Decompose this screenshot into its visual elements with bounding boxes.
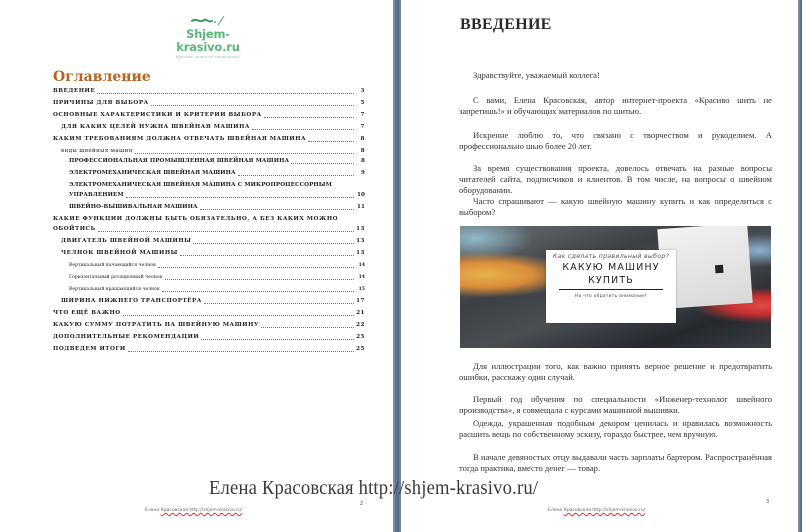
toc-entry-title: виды швейных машин: [61, 148, 134, 155]
toc-leader-dots: [135, 153, 354, 154]
toc-entry[interactable]: ДЛЯ КАКИХ ЦЕЛЕЙ НУЖНА ШВЕЙНАЯ МАШИНА7: [53, 124, 365, 131]
toc-entry[interactable]: ЭЛЕКТРОМЕХАНИЧЕСКАЯ ШВЕЙНАЯ МАШИНА С МИК…: [53, 182, 365, 199]
toc-leader-dots: [151, 105, 354, 106]
toc-entry-title: ШИРИНА НИЖНЕГО ТРАНСПОРТЁРА: [61, 298, 203, 305]
promo-image: Как сделать правильный выбор? КАКУЮ МАШИ…: [460, 226, 771, 348]
toc-leader-dots: [200, 209, 354, 210]
paragraph: За время существования проекта, довелось…: [459, 163, 772, 196]
footer-link[interactable]: Красовская http://shjem-krasivo.ru/: [161, 508, 243, 513]
toc-entry-page: 13: [355, 250, 365, 257]
document-page-left: Shjem-krasivo.ru Красиво шить не запрети…: [0, 0, 393, 532]
toc-entry-page: 13: [355, 238, 365, 245]
toc-entry-page: 10: [355, 192, 365, 199]
toc-entry-page: 3: [355, 88, 365, 95]
window-edge: [798, 0, 802, 532]
toc-leader-dots: [158, 267, 354, 268]
promo-card: Как сделать правильный выбор? КАКУЮ МАШИ…: [546, 250, 676, 323]
toc-entry[interactable]: ШИРИНА НИЖНЕГО ТРАНСПОРТЁРА17: [53, 298, 365, 305]
toc-leader-dots: [291, 163, 354, 164]
toc-entry[interactable]: КАКИЕ ФУНКЦИИ ДОЛЖНЫ БЫТЬ ОБЯЗАТЕЛЬНО, А…: [53, 216, 365, 233]
toc-entry-page: 17: [355, 298, 365, 305]
toc-entry[interactable]: ПРОФЕССИОНАЛЬНАЯ ПРОМЫШЛЕННАЯ ШВЕЙНАЯ МА…: [53, 158, 365, 165]
promo-title-line1: КАКУЮ МАШИНУ: [546, 262, 676, 274]
toc-entry[interactable]: Вертикальный вращающийся челнок15: [53, 286, 365, 293]
toc-entry-title: Горизонтальный ротационный челнок: [69, 274, 164, 281]
footer-prefix: Елена: [548, 508, 564, 513]
toc-leader-dots: [128, 351, 354, 352]
toc-leader-dots: [201, 339, 354, 340]
watermark-text: Елена Красовская http://shjem-krasivo.ru…: [209, 477, 538, 500]
toc-entry-title: ПОДВЕДЕМ ИТОГИ: [53, 346, 127, 353]
promo-title-line2: КУПИТЬ: [546, 275, 676, 287]
page-footer: Елена Красовская http://shjem-krasivo.ru…: [548, 508, 645, 513]
toc-leader-dots: [98, 231, 354, 232]
paragraph: Здравствуйте, уважаемый коллега!: [459, 70, 772, 81]
table-of-contents: ВВЕДЕНИЕ3ПРИЧИНЫ ДЛЯ ВЫБОРА5ОСНОВНЫЕ ХАР…: [53, 88, 365, 358]
toc-entry-page: 7: [355, 124, 365, 131]
document-page-right: ВВЕДЕНИЕ Здравствуйте, уважаемый коллега…: [401, 0, 798, 532]
toc-leader-dots: [126, 197, 354, 198]
paragraph: Одежда, украшенная подобным декором цени…: [459, 418, 772, 440]
toc-entry-title: ЧТО ЕЩЁ ВАЖНО: [53, 310, 122, 317]
toc-entry[interactable]: КАКУЮ СУММУ ПОТРАТИТЬ НА ШВЕЙНУЮ МАШИНУ2…: [53, 322, 365, 329]
toc-leader-dots: [261, 327, 354, 328]
toc-entry-title-cont: ОБОЙТИСЬ: [53, 226, 97, 233]
toc-entry-page: 5: [355, 100, 365, 107]
paragraph: Искренне люблю то, что связано с творчес…: [459, 130, 772, 152]
toc-entry[interactable]: виды швейных машин8: [53, 148, 365, 155]
toc-leader-dots: [162, 291, 354, 292]
toc-entry[interactable]: ДВИГАТЕЛЬ ШВЕЙНОЙ МАШИНЫ13: [53, 238, 365, 245]
toc-entry-title-cont: УПРАВЛЕНИЕМ: [69, 192, 125, 199]
toc-entry[interactable]: КАКИМ ТРЕБОВАНИЯМ ДОЛЖНА ОТВЕЧАТЬ ШВЕЙНА…: [53, 136, 365, 143]
toc-leader-dots: [97, 93, 354, 94]
toc-title: Оглавление: [53, 69, 151, 85]
promo-subtitle: На что обратить внимание?: [546, 294, 676, 299]
paragraph: С вами, Елена Красовская, автор интернет…: [459, 95, 772, 117]
toc-entry-page: 13: [355, 226, 365, 233]
toc-entry-page: 7: [355, 112, 365, 119]
toc-entry-page: 25: [355, 334, 365, 341]
toc-entry-page: 21: [355, 310, 365, 317]
paragraph: В начале девяностых отцу выдавали часть …: [459, 452, 772, 474]
toc-entry[interactable]: ВВЕДЕНИЕ3: [53, 88, 365, 95]
toc-entry-title: ПРИЧИНЫ ДЛЯ ВЫБОРА: [53, 100, 150, 107]
toc-entry[interactable]: ЧТО ЕЩЁ ВАЖНО21: [53, 310, 365, 317]
toc-leader-dots: [193, 243, 354, 244]
toc-entry-title: Вертикальный качающийся челнок: [69, 262, 157, 269]
toc-leader-dots: [123, 315, 354, 316]
toc-entry-title: КАКУЮ СУММУ ПОТРАТИТЬ НА ШВЕЙНУЮ МАШИНУ: [53, 322, 260, 329]
toc-entry[interactable]: ЭЛЕКТРОМЕХАНИЧЕСКАЯ ШВЕЙНАЯ МАШИНА9: [53, 170, 365, 177]
toc-entry-title: ПРОФЕССИОНАЛЬНАЯ ПРОМЫШЛЕННАЯ ШВЕЙНАЯ МА…: [69, 158, 290, 165]
toc-leader-dots: [180, 255, 354, 256]
toc-leader-dots: [238, 175, 354, 176]
toc-entry[interactable]: ПРИЧИНЫ ДЛЯ ВЫБОРА5: [53, 100, 365, 107]
toc-leader-dots: [165, 279, 354, 280]
toc-entry[interactable]: Вертикальный качающийся челнок14: [53, 262, 365, 269]
page-gap-divider: [393, 0, 401, 532]
paragraph-text: С вами, Елена Красовская, автор интернет…: [459, 95, 772, 116]
footer-prefix: Елена: [145, 508, 161, 513]
toc-leader-dots: [264, 117, 354, 118]
toc-entry-title: КАКИМ ТРЕБОВАНИЯМ ДОЛЖНА ОТВЕЧАТЬ ШВЕЙНА…: [53, 136, 307, 143]
toc-entry[interactable]: ОСНОВНЫЕ ХАРАКТЕРИСТИКИ И КРИТЕРИИ ВЫБОР…: [53, 112, 365, 119]
toc-entry-page: 25: [355, 346, 365, 353]
toc-entry-page: 22: [355, 322, 365, 329]
page-number: 2: [360, 501, 363, 507]
toc-entry[interactable]: ЧЕЛНОК ШВЕЙНОЙ МАШИНЫ13: [53, 250, 365, 257]
toc-entry-page: 9: [355, 170, 365, 177]
toc-entry[interactable]: Горизонтальный ротационный челнок14: [53, 274, 365, 281]
toc-entry-title: ДЛЯ КАКИХ ЦЕЛЕЙ НУЖНА ШВЕЙНАЯ МАШИНА: [61, 124, 251, 131]
toc-entry-title: ЭЛЕКТРОМЕХАНИЧЕСКАЯ ШВЕЙНАЯ МАШИНА С МИК…: [69, 182, 365, 189]
toc-entry-page: 14: [355, 274, 365, 281]
promo-question: Как сделать правильный выбор?: [546, 253, 676, 261]
toc-entry-title: ШВЕЙНО-ВЫШИВАЛЬНАЯ МАШИНА: [69, 204, 199, 211]
logo-name: Shjem-krasivo.ru: [160, 28, 256, 54]
logo-tagline: Красиво шить не запретишь!: [160, 54, 256, 60]
site-logo: Shjem-krasivo.ru Красиво шить не запрети…: [160, 14, 256, 60]
toc-leader-dots: [252, 129, 354, 130]
paragraph: Часто спрашивают — какую швейную машину …: [459, 196, 772, 218]
toc-entry-page: 8: [355, 136, 365, 143]
needle-thread-icon: [160, 14, 256, 28]
toc-entry-title: ДВИГАТЕЛЬ ШВЕЙНОЙ МАШИНЫ: [61, 238, 192, 245]
toc-entry[interactable]: ПОДВЕДЕМ ИТОГИ25: [53, 346, 365, 353]
toc-entry-title: ЭЛЕКТРОМЕХАНИЧЕСКАЯ ШВЕЙНАЯ МАШИНА: [69, 170, 237, 177]
toc-entry-title: ДОПОЛНИТЕЛЬНЫЕ РЕКОМЕНДАЦИИ: [53, 334, 200, 341]
page-number: 3: [766, 499, 769, 505]
toc-entry-page: 15: [355, 286, 365, 293]
paragraph: Для иллюстрации того, как важно принять …: [459, 361, 772, 383]
toc-entry-title: ОСНОВНЫЕ ХАРАКТЕРИСТИКИ И КРИТЕРИИ ВЫБОР…: [53, 112, 263, 119]
toc-entry[interactable]: ДОПОЛНИТЕЛЬНЫЕ РЕКОМЕНДАЦИИ25: [53, 334, 365, 341]
section-heading: ВВЕДЕНИЕ: [460, 16, 552, 34]
toc-entry[interactable]: ШВЕЙНО-ВЫШИВАЛЬНАЯ МАШИНА11: [53, 204, 365, 211]
page-footer: Елена Красовская http://shjem-krasivo.ru…: [145, 508, 242, 513]
toc-entry-page: 14: [355, 262, 365, 269]
toc-entry-page: 8: [355, 158, 365, 165]
toc-entry-title: КАКИЕ ФУНКЦИИ ДОЛЖНЫ БЫТЬ ОБЯЗАТЕЛЬНО, А…: [53, 216, 365, 223]
footer-link[interactable]: Красовская http://shjem-krasivo.ru/: [564, 508, 646, 513]
toc-entry-title: Вертикальный вращающийся челнок: [69, 286, 161, 293]
promo-rule: [559, 289, 663, 291]
toc-leader-dots: [204, 303, 354, 304]
toc-leader-dots: [308, 141, 354, 142]
toc-entry-title: ВВЕДЕНИЕ: [53, 88, 96, 95]
toc-entry-page: 8: [355, 148, 365, 155]
toc-entry-title: ЧЕЛНОК ШВЕЙНОЙ МАШИНЫ: [61, 250, 179, 257]
toc-entry-page: 11: [355, 204, 365, 211]
paragraph: Первый год обучения по специальности «Ин…: [459, 394, 772, 416]
